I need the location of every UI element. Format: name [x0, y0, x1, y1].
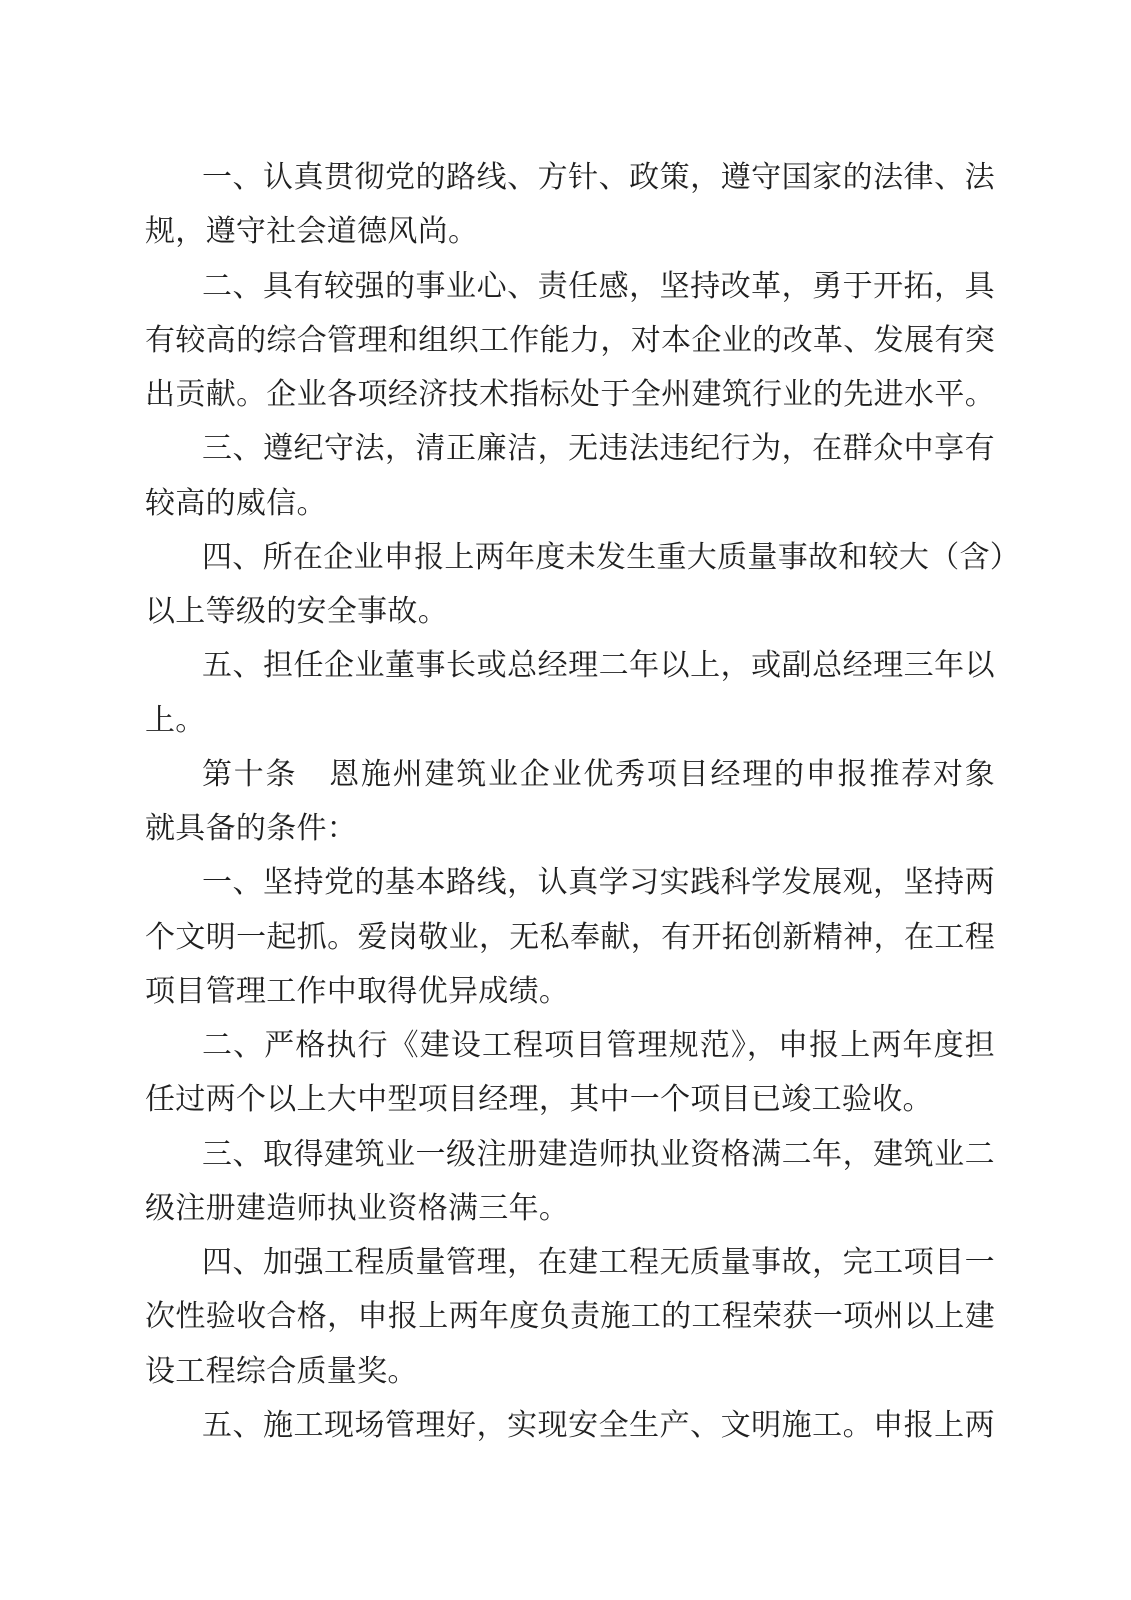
paragraph: 二、具有较强的事业心、责任感，坚持改革，勇于开拓，具有较高的综合管理和组织工作能… — [145, 260, 995, 423]
text-line: 以上等级的安全事故。 — [145, 585, 995, 639]
paragraph: 三、遵纪守法，清正廉洁，无违法违纪行为，在群众中享有较高的威信。 — [145, 422, 995, 531]
text-line: 三、取得建筑业一级注册建造师执业资格满二年，建筑业二 — [145, 1128, 995, 1182]
paragraph: 一、认真贯彻党的路线、方针、政策，遵守国家的法律、法规，遵守社会道德风尚。 — [145, 151, 995, 260]
paragraph: 五、担任企业董事长或总经理二年以上，或副总经理三年以上。 — [145, 639, 995, 748]
text-line: 较高的威信。 — [145, 477, 995, 531]
paragraph: 二、严格执行《建设工程项目管理规范》，申报上两年度担任过两个以上大中型项目经理，… — [145, 1019, 995, 1128]
text-line: 一、坚持党的基本路线，认真学习实践科学发展观，坚持两 — [145, 856, 995, 910]
text-line: 任过两个以上大中型项目经理，其中一个项目已竣工验收。 — [145, 1073, 995, 1127]
text-line: 次性验收合格，申报上两年度负责施工的工程荣获一项州以上建 — [145, 1290, 995, 1344]
document-body: 一、认真贯彻党的路线、方针、政策，遵守国家的法律、法规，遵守社会道德风尚。二、具… — [145, 151, 995, 1453]
paragraph: 五、施工现场管理好，实现安全生产、文明施工。申报上两 — [145, 1399, 995, 1453]
text-line: 五、施工现场管理好，实现安全生产、文明施工。申报上两 — [145, 1399, 995, 1453]
text-line: 规，遵守社会道德风尚。 — [145, 205, 995, 259]
text-line: 个文明一起抓。爱岗敬业，无私奉献，有开拓创新精神，在工程 — [145, 911, 995, 965]
text-line: 二、严格执行《建设工程项目管理规范》，申报上两年度担 — [145, 1019, 995, 1073]
text-line: 上。 — [145, 694, 995, 748]
text-line: 四、所在企业申报上两年度未发生重大质量事故和较大（含） — [145, 531, 995, 585]
text-line: 出贡献。企业各项经济技术指标处于全州建筑行业的先进水平。 — [145, 368, 995, 422]
text-line: 设工程综合质量奖。 — [145, 1345, 995, 1399]
paragraph: 四、加强工程质量管理，在建工程无质量事故，完工项目一次性验收合格，申报上两年度负… — [145, 1236, 995, 1399]
text-line: 有较高的综合管理和组织工作能力，对本企业的改革、发展有突 — [145, 314, 995, 368]
paragraph: 四、所在企业申报上两年度未发生重大质量事故和较大（含）以上等级的安全事故。 — [145, 531, 995, 640]
paragraph: 第十条 恩施州建筑业企业优秀项目经理的申报推荐对象就具备的条件： — [145, 748, 995, 857]
text-line: 四、加强工程质量管理，在建工程无质量事故，完工项目一 — [145, 1236, 995, 1290]
text-line: 级注册建造师执业资格满三年。 — [145, 1182, 995, 1236]
text-line: 五、担任企业董事长或总经理二年以上，或副总经理三年以 — [145, 639, 995, 693]
text-line: 第十条 恩施州建筑业企业优秀项目经理的申报推荐对象 — [145, 748, 995, 802]
document-page: 一、认真贯彻党的路线、方针、政策，遵守国家的法律、法规，遵守社会道德风尚。二、具… — [0, 0, 1131, 1600]
paragraph: 三、取得建筑业一级注册建造师执业资格满二年，建筑业二级注册建造师执业资格满三年。 — [145, 1128, 995, 1237]
text-line: 三、遵纪守法，清正廉洁，无违法违纪行为，在群众中享有 — [145, 422, 995, 476]
text-line: 项目管理工作中取得优异成绩。 — [145, 965, 995, 1019]
text-line: 一、认真贯彻党的路线、方针、政策，遵守国家的法律、法 — [145, 151, 995, 205]
text-line: 就具备的条件： — [145, 802, 995, 856]
text-line: 二、具有较强的事业心、责任感，坚持改革，勇于开拓，具 — [145, 260, 995, 314]
paragraph: 一、坚持党的基本路线，认真学习实践科学发展观，坚持两个文明一起抓。爱岗敬业，无私… — [145, 856, 995, 1019]
